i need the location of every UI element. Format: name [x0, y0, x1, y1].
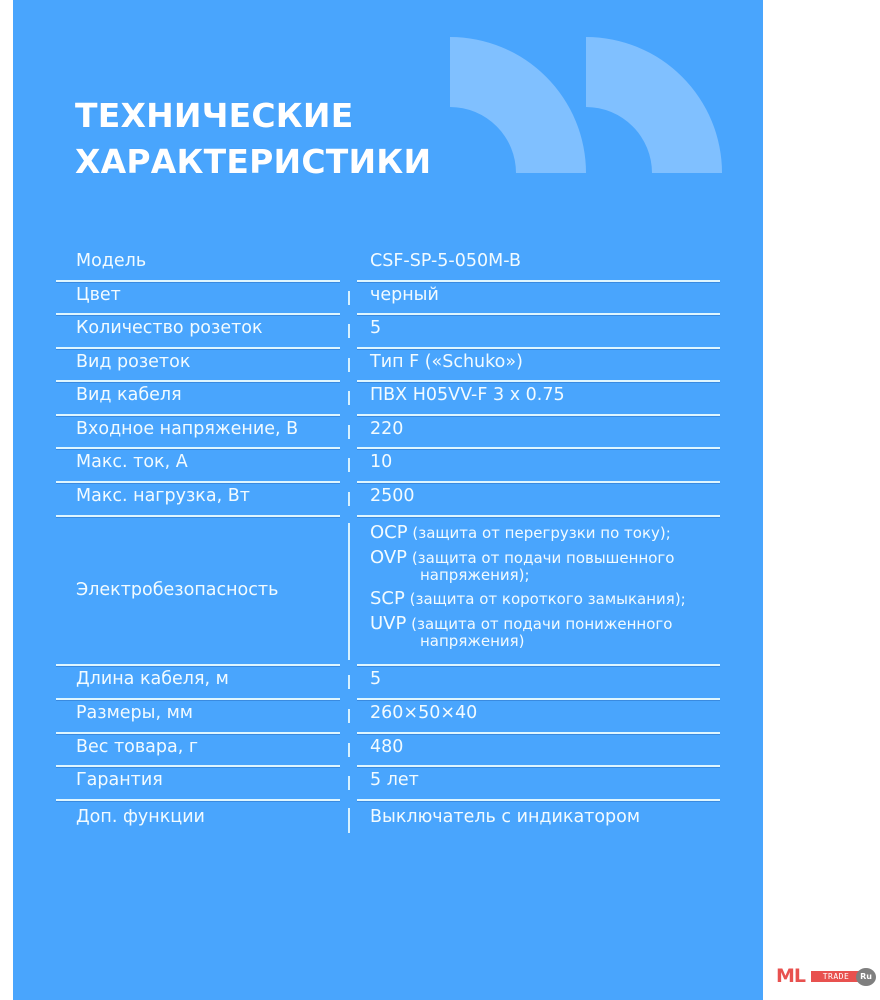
spec-label: Гарантия: [76, 770, 163, 790]
spec-value: 260×50×40: [370, 703, 477, 723]
safety-features-list: OCP (защита от перегрузки по току);OVP (…: [370, 522, 686, 654]
safety-code: UVP: [370, 613, 406, 634]
safety-item: OVP (защита от подачи повышенногонапряже…: [370, 547, 686, 584]
column-divider: [348, 675, 350, 689]
table-row: Макс. ток, А10: [0, 448, 880, 482]
column-divider: [348, 523, 350, 660]
table-row: Вид кабеляПВХ H05VV-F 3 x 0.75: [0, 381, 880, 415]
column-divider: [348, 291, 350, 305]
spec-label: Размеры, мм: [76, 703, 193, 723]
logo-trade: TRADE: [811, 971, 861, 982]
column-divider: [348, 808, 350, 833]
spec-value: CSF-SP-5-050M-B: [370, 251, 521, 271]
page-title: ТЕХНИЧЕСКИЕ ХАРАКТЕРИСТИКИ: [75, 93, 431, 185]
safety-description-continued: напряжения);: [370, 567, 686, 584]
safety-item: SCP (защита от короткого замыкания);: [370, 588, 686, 610]
column-divider: [348, 776, 350, 790]
safety-description: (защита от подачи пониженного: [411, 615, 672, 633]
spec-label: Вид кабеля: [76, 385, 182, 405]
spec-value: 2500: [370, 486, 415, 506]
column-divider: [348, 425, 350, 439]
mltrade-logo: ML TRADE Ru: [774, 966, 878, 988]
spec-label: Макс. нагрузка, Вт: [76, 486, 250, 506]
spec-label: Электробезопасность: [76, 580, 278, 600]
safety-item: OCP (защита от перегрузки по току);: [370, 522, 686, 544]
table-row: Цветчерный: [0, 281, 880, 314]
column-divider: [348, 324, 350, 338]
table-row: Гарантия5 лет: [0, 766, 880, 800]
safety-code: OVP: [370, 547, 407, 568]
table-row: Макс. нагрузка, Вт2500: [0, 482, 880, 516]
table-row: Вид розетокТип F («Schuko»): [0, 348, 880, 381]
title-line-1: ТЕХНИЧЕСКИЕ: [75, 93, 431, 139]
safety-code: SCP: [370, 588, 405, 609]
spec-value: 480: [370, 737, 403, 757]
safety-description: (защита от перегрузки по току);: [412, 524, 670, 542]
spec-value: Выключатель с индикатором: [370, 807, 640, 827]
table-row: Вес товара, г480: [0, 733, 880, 766]
spec-label: Вид розеток: [76, 352, 190, 372]
column-divider: [348, 743, 350, 757]
column-divider: [348, 709, 350, 723]
safety-item: UVP (защита от подачи пониженногонапряже…: [370, 613, 686, 650]
column-divider: [348, 391, 350, 405]
column-divider: [348, 358, 350, 372]
spec-value: черный: [370, 285, 439, 305]
spec-label: Длина кабеля, м: [76, 669, 229, 689]
spec-value: 5: [370, 669, 381, 689]
logo-ml: ML: [776, 967, 805, 986]
table-row: Входное напряжение, В220: [0, 415, 880, 448]
spec-label: Вес товара, г: [76, 737, 198, 757]
spec-value: Тип F («Schuko»): [370, 352, 523, 372]
spec-label: Доп. функции: [76, 807, 205, 827]
safety-description-continued: напряжения): [370, 633, 686, 650]
logo-ru: Ru: [856, 968, 876, 986]
spec-label: Входное напряжение, В: [76, 419, 298, 439]
safety-description: (защита от подачи повышенного: [412, 549, 675, 567]
spec-label: Макс. ток, А: [76, 452, 188, 472]
table-row: МодельCSF-SP-5-050M-B: [0, 247, 880, 281]
title-line-2: ХАРАКТЕРИСТИКИ: [75, 139, 431, 185]
spec-label: Цвет: [76, 285, 121, 305]
spec-value: 10: [370, 452, 392, 472]
spec-label: Количество розеток: [76, 318, 263, 338]
spec-value: 220: [370, 419, 403, 439]
table-row: Длина кабеля, м5: [0, 665, 880, 699]
spec-value: ПВХ H05VV-F 3 x 0.75: [370, 385, 565, 405]
spec-value: 5 лет: [370, 770, 419, 790]
safety-description: (защита от короткого замыкания);: [410, 590, 686, 608]
table-row: Доп. функцииВыключатель с индикатором: [0, 800, 880, 840]
table-row: Количество розеток5: [0, 314, 880, 348]
column-divider: [348, 492, 350, 506]
safety-code: OCP: [370, 522, 408, 543]
spec-value: 5: [370, 318, 381, 338]
closing-quote-icon: [450, 37, 722, 173]
spec-label: Модель: [76, 251, 146, 271]
table-row: Размеры, мм260×50×40: [0, 699, 880, 733]
column-divider: [348, 458, 350, 472]
